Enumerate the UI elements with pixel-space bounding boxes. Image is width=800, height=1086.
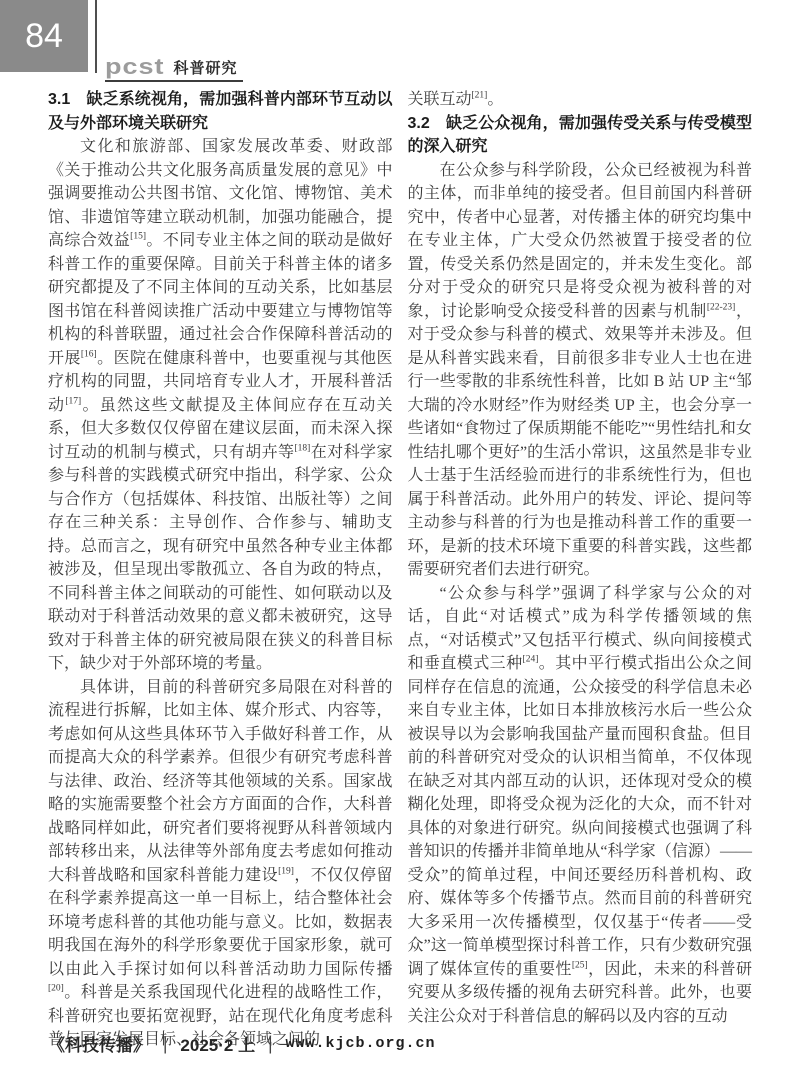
body-paragraph: 在公众参与科学阶段，公众已经被视为科普的主体，而非单纯的接受者。但目前国内科普研…: [408, 159, 753, 582]
reference-marker: [19]: [278, 866, 294, 876]
reference-marker: [16]: [81, 349, 97, 359]
header-divider: [95, 0, 97, 73]
reference-marker: [15]: [130, 232, 146, 242]
right-column: 关联互动[21]。3.2 缺乏公众视角，需加强传受关系与传受模型的深入研究在公众…: [408, 88, 753, 1052]
page-number: 84: [25, 19, 63, 53]
journal-header: pcst 科普研究: [105, 51, 238, 78]
body-paragraph: “公众参与科学”强调了科学家与公众的对话，自此“对话模式”成为科学传播领域的焦点…: [408, 582, 753, 1029]
journal-section-label: 科普研究: [174, 57, 238, 78]
section-heading: 3.1 缺乏系统视角，需加强科普内部环节互动以及与外部环境关联研究: [48, 88, 393, 135]
body-paragraph: 文化和旅游部、国家发展改革委、财政部《关于推动公共文化服务高质量发展的意见》中强…: [48, 135, 393, 676]
footer-issue: 2025·2 上: [180, 1031, 255, 1056]
footer-separator: |: [163, 1033, 167, 1055]
reference-marker: [20]: [48, 984, 64, 994]
body-paragraph: 具体讲，目前的科普研究多局限在对科普的流程进行拆解，比如主体、媒介形式、内容等，…: [48, 676, 393, 1052]
reference-marker: [21]: [472, 91, 488, 101]
reference-marker: [17]: [65, 396, 81, 406]
article-body: 3.1 缺乏系统视角，需加强科普内部环节互动以及与外部环境关联研究文化和旅游部、…: [48, 88, 752, 1052]
logo-underline: [105, 80, 243, 82]
footer-url: www.kjcb.org.cn: [286, 1035, 436, 1052]
body-paragraph: 关联互动[21]。: [408, 88, 753, 112]
journal-page: 84 pcst 科普研究 3.1 缺乏系统视角，需加强科普内部环节互动以及与外部…: [0, 0, 800, 1086]
reference-marker: [24]: [523, 655, 539, 665]
pcst-logo: pcst: [105, 56, 165, 78]
section-heading: 3.2 缺乏公众视角，需加强传受关系与传受模型的深入研究: [408, 112, 753, 159]
left-column: 3.1 缺乏系统视角，需加强科普内部环节互动以及与外部环境关联研究文化和旅游部、…: [48, 88, 393, 1052]
reference-marker: [18]: [294, 443, 310, 453]
footer-separator: |: [268, 1033, 272, 1055]
reference-marker: [22-23]: [707, 302, 736, 312]
reference-marker: [25]: [572, 960, 588, 970]
page-number-badge: 84: [0, 0, 88, 72]
footer-journal-title: 《科技传播》: [48, 1031, 150, 1056]
footer: 《科技传播》 | 2025·2 上 | www.kjcb.org.cn: [48, 1031, 436, 1056]
